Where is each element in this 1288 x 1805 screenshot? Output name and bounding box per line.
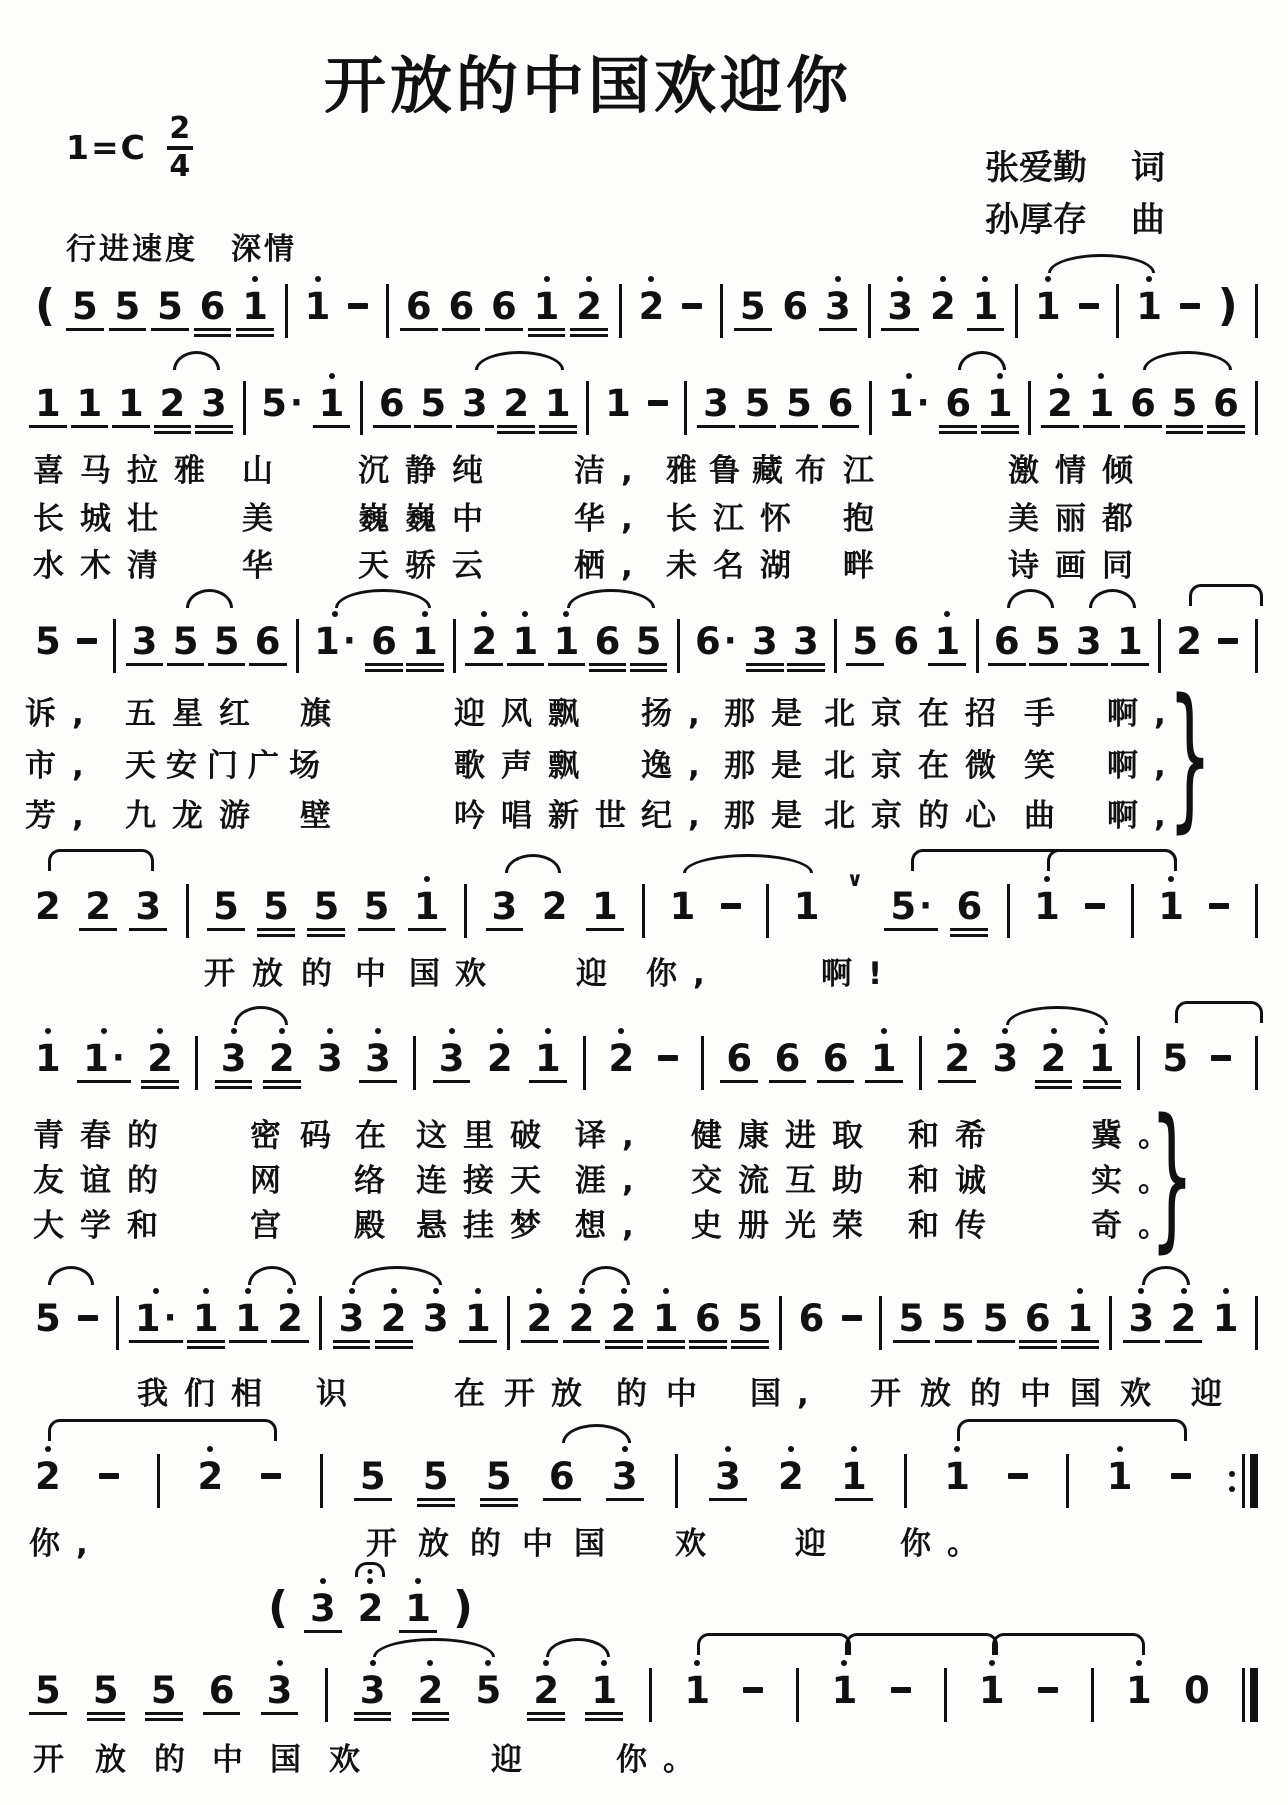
underline	[236, 328, 274, 337]
note-number: 2	[639, 288, 665, 325]
underline	[1166, 425, 1204, 434]
note: 3	[715, 1442, 741, 1501]
glyph-slot: 6	[1130, 383, 1156, 423]
repeat-dots	[1229, 1471, 1235, 1492]
glyph-slot: 1	[591, 1670, 617, 1710]
note: 2	[269, 1024, 295, 1089]
glyph-slot: 2	[381, 1298, 407, 1338]
dot-slot	[415, 1574, 421, 1588]
underline	[333, 1340, 371, 1349]
barline	[413, 1036, 416, 1090]
barline	[834, 619, 837, 673]
note-number: 1	[1117, 623, 1143, 660]
dot-slot	[621, 1284, 627, 1298]
note-number: 1	[414, 888, 440, 925]
lyric-segment: 山	[242, 445, 289, 490]
note-number: 6	[695, 1300, 721, 1337]
lyric-segment: 健康进取	[691, 1110, 879, 1155]
octave-dot	[153, 1288, 159, 1294]
note: 5	[852, 607, 878, 666]
lyric-segment: 想,	[575, 1200, 650, 1245]
glyph-slot: 6	[209, 1670, 235, 1710]
glyph-slot: 1	[1034, 886, 1060, 926]
octave-dot	[1044, 876, 1050, 882]
glyph-slot: 6	[406, 286, 432, 326]
glyph-slot: 1	[35, 383, 61, 423]
note: 6	[1130, 369, 1156, 428]
underline	[527, 1712, 565, 1721]
glyph-slot	[1211, 1038, 1231, 1078]
note-number: 3	[993, 1040, 1019, 1077]
glyph-slot: 3	[887, 286, 913, 326]
glyph-slot: 2	[778, 1456, 804, 1496]
slur-arc	[546, 1638, 610, 1657]
barline	[386, 284, 389, 338]
note-number: 3	[267, 1672, 293, 1709]
lyric-segment: 抱	[843, 493, 890, 538]
glyph-slot: 5	[941, 1298, 967, 1338]
barline	[701, 1036, 704, 1090]
note-number: 1	[841, 1458, 867, 1495]
dot-slot: ∨	[847, 872, 863, 886]
note-number: 1	[135, 1300, 161, 1337]
dash-glyph	[99, 1473, 119, 1479]
underline	[1123, 1340, 1161, 1343]
dot-slot	[1138, 1284, 1144, 1298]
lyric-segment: 开	[204, 948, 251, 993]
note: 1	[1158, 872, 1184, 926]
dash-glyph	[658, 1055, 678, 1061]
octave-dot	[370, 1660, 376, 1666]
octave-dot	[449, 1028, 455, 1034]
octave-dot	[618, 1028, 624, 1034]
verse-brace: }	[1168, 680, 1212, 836]
note: 6	[406, 272, 432, 331]
note: 3	[135, 872, 161, 931]
dot-slot	[231, 1024, 237, 1038]
slur-arc	[352, 1266, 442, 1285]
note-number: 6	[828, 385, 854, 422]
glyph-slot: 5	[35, 1298, 61, 1338]
underline	[529, 1080, 567, 1083]
note: 2	[358, 1574, 384, 1628]
underline	[1083, 425, 1121, 428]
glyph-slot: 1	[871, 1038, 897, 1078]
note: 5	[151, 1656, 177, 1721]
note-number: 2	[609, 1040, 635, 1077]
note-number: 6	[994, 623, 1020, 660]
glyph-slot: 3	[201, 383, 227, 423]
note: 1	[554, 607, 580, 666]
note: 1	[193, 1284, 219, 1349]
note: 2	[487, 1024, 513, 1078]
composer-name: 孙厚存	[985, 192, 1087, 241]
underline	[442, 328, 480, 331]
glyph-slot: 6	[1213, 383, 1239, 423]
note: 3	[1129, 1284, 1155, 1343]
glyph-slot: 1	[545, 383, 571, 423]
song-title: 开放的中国欢迎你	[324, 36, 852, 125]
lyric-segment: 识	[316, 1368, 363, 1413]
music-system: 11·232333212666123215	[35, 1000, 1258, 1104]
octave-dot	[1168, 876, 1174, 882]
dot-slot	[481, 607, 487, 621]
note: 5	[214, 607, 240, 666]
underline	[543, 1498, 581, 1501]
note: 3	[310, 1574, 336, 1633]
note-number: 3	[317, 1040, 343, 1077]
note-number: 2	[576, 288, 602, 325]
time-signature-numerator: 2	[169, 114, 190, 144]
lyric-segment: 迎	[491, 1734, 538, 1779]
underline	[154, 425, 192, 434]
tie-bracket	[1175, 1001, 1263, 1023]
note: 2	[160, 369, 186, 434]
barline	[453, 619, 456, 673]
glyph-slot: 5	[213, 886, 239, 926]
glyph-slot	[1209, 886, 1229, 926]
lyric-segment: 宫	[250, 1200, 297, 1245]
glyph-slot: 1	[973, 286, 999, 326]
glyph-slot: 5	[983, 1298, 1009, 1338]
lyric-segment: 的	[154, 1734, 201, 1779]
underline	[129, 1340, 183, 1343]
dot-slot	[788, 1442, 794, 1456]
note: 3	[360, 1656, 386, 1721]
barline	[583, 1036, 586, 1090]
note: 2	[85, 872, 111, 931]
note-number: 5	[35, 1300, 61, 1337]
note: 5	[423, 1442, 449, 1507]
note: 5	[93, 1656, 119, 1721]
dash-note	[76, 607, 98, 661]
dot-slot	[536, 1284, 542, 1298]
octave-dot	[329, 373, 335, 379]
note: 3	[439, 1024, 465, 1083]
note-number: 5	[1035, 623, 1061, 660]
dot-slot	[1136, 1656, 1142, 1670]
note: 6	[200, 272, 226, 337]
dash-note	[1210, 1024, 1232, 1078]
note-number: 5	[93, 1672, 119, 1709]
underline	[412, 1712, 450, 1721]
glyph-slot: 3	[317, 1038, 343, 1078]
note-number: 1	[545, 385, 571, 422]
note: 2	[639, 272, 665, 326]
note-number: 2	[611, 1300, 637, 1337]
glyph-slot: 1	[832, 1670, 858, 1710]
note: 6	[799, 1284, 825, 1338]
barline	[649, 1668, 652, 1722]
dash-glyph	[891, 1687, 911, 1693]
music-system: 225556332111	[35, 1418, 1258, 1522]
note-number: 6	[200, 288, 226, 325]
note: 1	[305, 272, 331, 326]
underline	[129, 928, 167, 931]
lyric-segment: 码在	[300, 1110, 410, 1155]
underline	[769, 1080, 807, 1083]
note: 3	[317, 1024, 343, 1078]
note-number: 2	[778, 1458, 804, 1495]
note: 5	[899, 1284, 925, 1343]
lyric-segment: 国,	[750, 1368, 825, 1413]
lyricist-role: 词	[1131, 140, 1165, 189]
note: 6	[255, 607, 281, 666]
glyph-slot: 2	[533, 1670, 559, 1710]
glyph-slot: 2	[85, 886, 111, 926]
note: 5	[420, 369, 446, 428]
dot-slot	[485, 1656, 491, 1670]
note: 5	[941, 1284, 967, 1343]
note: 5	[1035, 607, 1061, 666]
dot-slot	[663, 1284, 669, 1298]
note: 1	[653, 1284, 679, 1349]
dot-slot	[497, 1024, 503, 1038]
octave-dot	[544, 276, 550, 282]
octave-dot	[954, 1446, 960, 1452]
octave-dot	[982, 276, 988, 282]
dash-note	[1037, 1656, 1059, 1710]
note-number: 3	[365, 1040, 391, 1077]
note: 1	[979, 1656, 1005, 1710]
underline	[689, 1340, 727, 1349]
glyph-slot: 3	[825, 286, 851, 326]
underline	[739, 425, 777, 428]
note: 1	[1117, 607, 1143, 666]
time-signature-denominator: 4	[169, 152, 190, 182]
lyric-segment: 这里破	[416, 1110, 557, 1155]
underline	[938, 1080, 976, 1083]
note: 1	[1067, 1284, 1093, 1349]
glyph-slot	[658, 1038, 678, 1078]
octave-dot	[245, 1288, 251, 1294]
underline	[373, 425, 411, 428]
repeat-barline	[1229, 1454, 1258, 1508]
note: 1	[592, 872, 618, 931]
underline	[787, 663, 825, 672]
underline	[817, 1080, 855, 1083]
glyph-slot: 5	[151, 1670, 177, 1710]
lyric-segment: 你。	[900, 1518, 994, 1563]
underline	[697, 425, 735, 428]
note-number: 5	[420, 385, 446, 422]
dash-note	[720, 872, 742, 926]
note-number: 2	[487, 1040, 513, 1077]
lyric-segment: 中	[212, 1734, 259, 1779]
barline	[116, 1296, 119, 1350]
note: 3	[752, 607, 778, 672]
lyric-segment: 江	[843, 445, 890, 490]
octave-dot	[315, 276, 321, 282]
glyph-slot: 5	[214, 621, 240, 661]
note-number: 2	[1171, 1300, 1197, 1337]
glyph-slot: 6	[491, 286, 517, 326]
barline	[1109, 1296, 1112, 1350]
glyph-slot: 5	[745, 383, 771, 423]
dot-slot	[563, 607, 569, 621]
underline	[229, 1340, 267, 1343]
note: 1	[794, 872, 820, 926]
glyph-slot: 2	[1047, 383, 1073, 423]
note: 3	[492, 872, 518, 931]
music-system: (55561166612256332111)	[35, 248, 1258, 352]
note-number: 1	[1136, 288, 1162, 325]
note: 5	[636, 607, 662, 672]
dot-slot	[1044, 872, 1050, 886]
glyph-slot: 3	[339, 1298, 365, 1338]
note: 2	[533, 1656, 559, 1721]
underline	[400, 328, 438, 331]
note-number: 3	[221, 1040, 247, 1077]
barline	[1255, 884, 1258, 938]
note: 5	[72, 272, 98, 331]
note-number: 5	[72, 288, 98, 325]
barline	[919, 1036, 922, 1090]
dot-slot	[427, 1656, 433, 1670]
underline	[630, 663, 668, 672]
dot-slot	[203, 1284, 209, 1298]
underline	[109, 328, 147, 331]
tie-bracket	[48, 849, 154, 871]
barline	[677, 619, 680, 673]
note: 6	[823, 1024, 849, 1083]
note: 6	[782, 272, 808, 326]
dash-glyph	[1008, 1473, 1028, 1479]
slur-arc	[234, 1006, 288, 1025]
underline	[459, 1340, 497, 1343]
lyric-segment: 诗画同	[1008, 540, 1149, 585]
note: 2	[944, 1024, 970, 1083]
barline	[619, 284, 622, 338]
barline	[766, 884, 769, 938]
dash-glyph	[648, 400, 668, 406]
note: 1·	[314, 607, 356, 661]
note: 6	[695, 1284, 721, 1349]
glyph-slot: 1	[944, 1456, 970, 1496]
note: 1	[591, 1656, 617, 1721]
glyph-slot: 5·	[261, 383, 303, 423]
octave-dot	[563, 611, 569, 617]
glyph-slot: 2	[944, 1038, 970, 1078]
augmentation-dot: ·	[917, 386, 930, 420]
note-number: 1	[405, 1590, 431, 1627]
dot-slot	[207, 1442, 213, 1456]
note-number: 1	[1107, 1458, 1133, 1495]
lyric-segment: 北京在微	[824, 740, 1012, 785]
glyph-slot: 3	[1129, 1298, 1155, 1338]
glyph-slot: 1	[414, 886, 440, 926]
dot-slot	[327, 1024, 333, 1038]
barline	[976, 619, 979, 673]
glyph-slot: 2	[569, 1298, 595, 1338]
note-number: 3	[1129, 1300, 1155, 1337]
octave-dot	[101, 1028, 107, 1034]
underline	[1083, 1080, 1121, 1089]
dot-slot	[370, 1656, 376, 1670]
lyric-segment: 吟唱新世	[454, 790, 642, 835]
underline	[928, 663, 966, 666]
octave-dot	[433, 1288, 439, 1294]
underline	[731, 1340, 769, 1349]
underline	[307, 928, 345, 937]
lyric-segment: 和传	[908, 1200, 1002, 1245]
glyph-slot: 2	[542, 886, 568, 926]
note: 1	[405, 1574, 431, 1633]
note-number: 5	[1162, 1040, 1188, 1077]
octave-dot	[1045, 276, 1051, 282]
note: 1	[535, 1024, 561, 1083]
note-number: 2	[542, 888, 568, 925]
underline	[1061, 1340, 1099, 1349]
note: 1	[1089, 1024, 1115, 1089]
lyric-segment: 开放	[504, 1368, 598, 1413]
glyph-slot: 5	[786, 383, 812, 423]
dot-slot	[1146, 272, 1152, 286]
note-number: 1	[35, 385, 61, 422]
barline	[586, 381, 589, 435]
underline	[1041, 425, 1079, 428]
glyph-slot: 5	[93, 1670, 119, 1710]
note-number: 1	[83, 1040, 109, 1077]
note: 3	[993, 1024, 1019, 1078]
note: 3	[887, 272, 913, 331]
dot-slot	[1057, 369, 1063, 383]
note-number: 1	[465, 1300, 491, 1337]
augmentation-dot: ·	[290, 386, 303, 420]
note-number: 2	[160, 385, 186, 422]
slur-arc	[582, 1266, 630, 1285]
note: 2	[1176, 607, 1202, 661]
note: 3	[221, 1024, 247, 1089]
underline	[433, 1080, 471, 1083]
note-number: 5	[636, 623, 662, 660]
note-number: 3	[310, 1590, 336, 1627]
lyric-segment: 史册光荣	[691, 1200, 879, 1245]
dot-slot	[375, 1024, 381, 1038]
note-number: 1	[987, 385, 1013, 422]
octave-dot	[536, 1288, 542, 1294]
barline	[1066, 1454, 1069, 1508]
octave-dot	[252, 276, 258, 282]
underline	[354, 1712, 392, 1721]
glyph-slot: 2	[147, 1038, 173, 1078]
dash-glyph	[348, 303, 368, 309]
dot-slot	[433, 1284, 439, 1298]
glyph-slot	[648, 383, 668, 423]
note: 6	[994, 607, 1020, 666]
note: 1·	[83, 1024, 125, 1083]
note-number: 1	[1089, 385, 1115, 422]
glyph-slot: 6	[799, 1298, 825, 1338]
barline	[1137, 1036, 1140, 1090]
octave-dot	[391, 1288, 397, 1294]
glyph-slot: 3	[703, 383, 729, 423]
dot-slot	[1051, 1024, 1057, 1038]
underline	[29, 425, 67, 428]
octave-dot	[327, 1028, 333, 1034]
underline	[263, 1080, 301, 1089]
dot-slot	[1117, 1442, 1123, 1456]
lyric-segment: 美丽都	[1008, 493, 1149, 538]
dash-note	[347, 272, 369, 326]
dash-glyph	[261, 1473, 281, 1479]
barline	[285, 284, 288, 338]
underline	[141, 1080, 179, 1089]
underline	[589, 663, 627, 672]
note-number: 5	[313, 888, 339, 925]
dash-note	[647, 369, 669, 423]
note-number: 3	[339, 1300, 365, 1337]
